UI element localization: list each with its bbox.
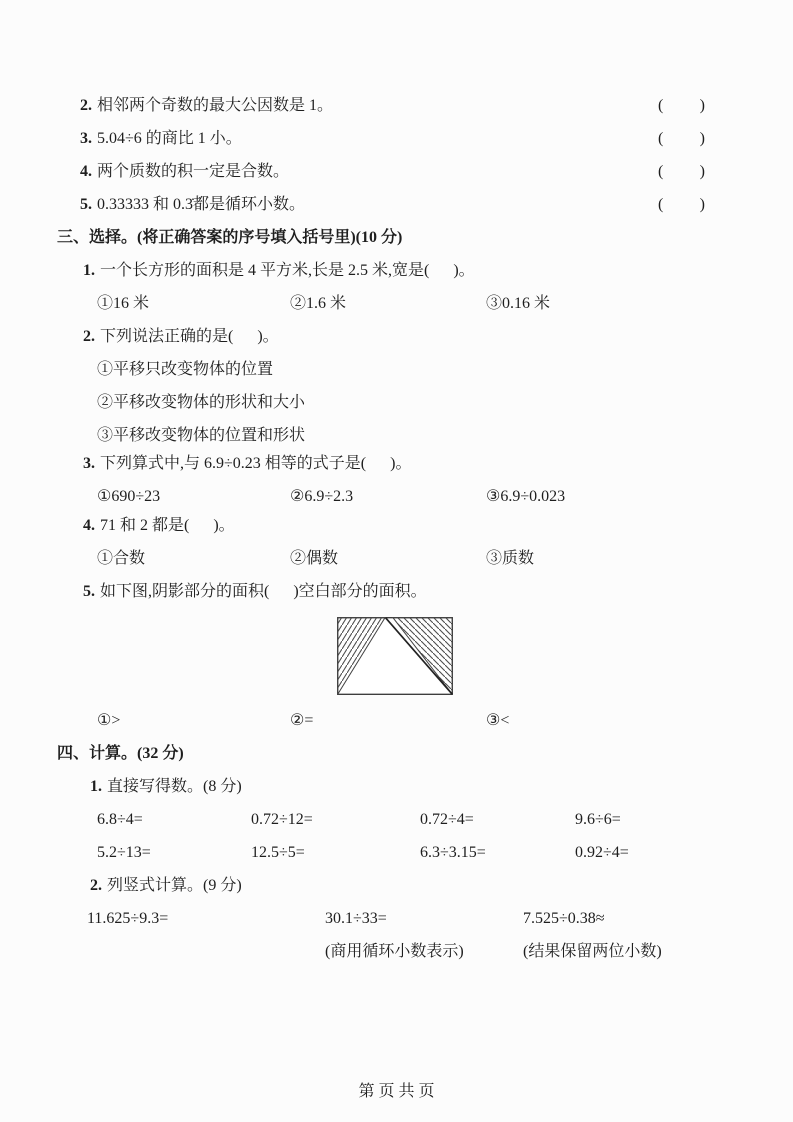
question-number: 5. [80,196,92,213]
option-2: ②1.6 米 [290,287,486,320]
question-text: 下列算式中,与 6.9÷0.23 相等的式子是( )。 [100,455,411,472]
judge-question: 4.两个质数的积一定是合数。 [80,155,658,188]
option-3: ③< [486,704,705,737]
judge-question: 3.5.04÷6 的商比 1 小。 [80,122,658,155]
vertical-calc-notes-row: (商用循环小数表示) (结果保留两位小数) [57,935,705,968]
subsection-direct-calc: 1.直接写得数。(8 分) [57,770,705,803]
question-number: 1. [83,262,95,279]
question-number: 4. [80,163,92,180]
option-2: ②平移改变物体的形状和大小 [57,386,705,419]
page-content: 2.相邻两个奇数的最大公因数是 1。 () 3.5.04÷6 的商比 1 小。 … [0,0,793,968]
bracket-close: ) [700,188,705,221]
bracket-open: ( [658,89,663,122]
answer-brackets: () [658,122,705,155]
question-number: 2. [83,328,95,345]
question-text: 0.33333 和 0.3̇都是循环小数。 [97,196,305,213]
calc-expression: 30.1÷33= [325,902,523,935]
subsection-number: 1. [90,778,102,795]
section-heading-choice: 三、选择。(将正确答案的序号填入括号里)(10 分) [57,221,705,254]
question-text: 相邻两个奇数的最大公因数是 1。 [97,97,333,114]
calc-expression: 0.92÷4= [575,836,705,869]
option-2: ②偶数 [290,542,486,575]
answer-brackets: () [658,188,705,221]
calc-expression: 12.5÷5= [251,836,420,869]
option-1: ①> [97,704,290,737]
question-text: 71 和 2 都是( )。 [100,517,235,534]
subsection-title: 直接写得数。(8 分) [107,778,242,795]
calc-expression: 11.625÷9.3= [87,902,325,935]
bracket-close: ) [700,155,705,188]
bracket-open: ( [658,122,663,155]
judge-question-row: 4.两个质数的积一定是合数。 () [57,155,705,188]
calc-expression: 6.3÷3.15= [420,836,575,869]
option-2: ②= [290,704,486,737]
calc-expression: 7.525÷0.38≈ [523,902,705,935]
question-number: 5. [83,583,95,600]
bracket-open: ( [658,188,663,221]
judge-question-row: 3.5.04÷6 的商比 1 小。 () [57,122,705,155]
option-1: ①16 米 [97,287,290,320]
section-heading-calc: 四、计算。(32 分) [57,737,705,770]
option-3: ③质数 [486,542,705,575]
option-2: ②6.9÷2.3 [290,480,486,513]
page-footer: 第 页 共 页 [0,1077,793,1107]
option-3: ③0.16 米 [486,287,705,320]
bracket-open: ( [658,155,663,188]
judge-question-row: 2.相邻两个奇数的最大公因数是 1。 () [57,89,705,122]
option-1: ①平移只改变物体的位置 [57,353,705,386]
subsection-number: 2. [90,877,102,894]
empty-cell [87,935,325,968]
calc-note: (结果保留两位小数) [523,935,705,968]
choice-question: 5.如下图,阴影部分的面积( )空白部分的面积。 [57,575,705,608]
bracket-close: ) [700,89,705,122]
question-number: 4. [83,517,95,534]
judge-question: 5.0.33333 和 0.3̇都是循环小数。 [80,188,658,221]
answer-brackets: () [658,89,705,122]
answer-brackets: () [658,155,705,188]
calc-expression: 6.8÷4= [97,803,251,836]
question-text: 下列说法正确的是( )。 [100,328,279,345]
choice-question: 3.下列算式中,与 6.9÷0.23 相等的式子是( )。 [57,447,705,480]
bracket-close: ) [700,122,705,155]
test-paper-page: { "colors": { "ink": "#1e1e1e", "paper":… [0,0,793,1122]
choice-question: 1.一个长方形的面积是 4 平方米,长是 2.5 米,宽是( )。 [57,254,705,287]
choice-question: 2.下列说法正确的是( )。 [57,320,705,353]
shaded-area-figure [337,617,453,695]
vertical-calc-row: 11.625÷9.3= 30.1÷33= 7.525÷0.38≈ [57,902,705,935]
option-1: ①合数 [97,542,290,575]
direct-calc-row: 5.2÷13= 12.5÷5= 6.3÷3.15= 0.92÷4= [57,836,705,869]
question-number: 2. [80,97,92,114]
calc-expression: 5.2÷13= [97,836,251,869]
question-text: 两个质数的积一定是合数。 [97,163,289,180]
direct-calc-row: 6.8÷4= 0.72÷12= 0.72÷4= 9.6÷6= [57,803,705,836]
option-3: ③6.9÷0.023 [486,480,705,513]
subsection-vertical-calc: 2.列竖式计算。(9 分) [57,869,705,902]
calc-expression: 0.72÷4= [420,803,575,836]
judge-question: 2.相邻两个奇数的最大公因数是 1。 [80,89,658,122]
choice-options-row: ①合数 ②偶数 ③质数 [57,542,705,575]
question-text: 5.04÷6 的商比 1 小。 [97,130,242,147]
calc-note: (商用循环小数表示) [325,935,523,968]
choice-options-row: ①> ②= ③< [57,704,705,737]
calc-expression: 0.72÷12= [251,803,420,836]
calc-expression: 9.6÷6= [575,803,705,836]
subsection-title: 列竖式计算。(9 分) [107,877,242,894]
question-number: 3. [83,455,95,472]
judge-question-row: 5.0.33333 和 0.3̇都是循环小数。 () [57,188,705,221]
choice-question: 4.71 和 2 都是( )。 [57,509,705,542]
choice-options-row: ①16 米 ②1.6 米 ③0.16 米 [57,287,705,320]
question-text: 如下图,阴影部分的面积( )空白部分的面积。 [100,583,427,600]
question-text: 一个长方形的面积是 4 平方米,长是 2.5 米,宽是( )。 [100,262,475,279]
question-number: 3. [80,130,92,147]
